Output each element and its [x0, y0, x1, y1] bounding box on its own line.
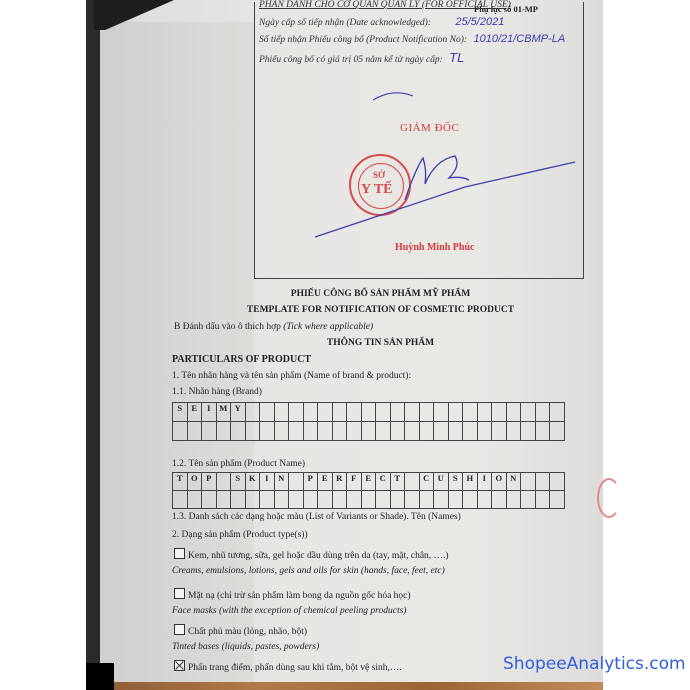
- product-cell: E: [361, 473, 376, 491]
- checkbox[interactable]: [174, 588, 185, 599]
- brand-cell-empty: [231, 422, 246, 441]
- form-title-en: TEMPLATE FOR NOTIFICATION OF COSMETIC PR…: [168, 305, 593, 315]
- tick-note: B Đánh dấu vào ô thích hợp (Tick where a…: [174, 322, 373, 332]
- brand-cell: [332, 403, 347, 422]
- stamp-text-top: SỞ: [373, 170, 385, 180]
- brand-cell: [274, 403, 289, 422]
- brand-cell-empty: [202, 422, 217, 441]
- brand-cell-empty: [245, 422, 260, 441]
- product-cell: O: [492, 473, 507, 491]
- brand-cell: [245, 403, 260, 422]
- brand-cell: [535, 403, 550, 422]
- product-cell: N: [506, 473, 521, 491]
- product-cell: [521, 473, 536, 491]
- product-type-option[interactable]: Chất phủ màu (lỏng, nhão, bột): [174, 624, 307, 637]
- brand-row: SEIMY: [173, 403, 565, 422]
- brand-cell: [376, 403, 391, 422]
- product-cell-empty: [361, 491, 376, 509]
- product-cell-empty: [187, 491, 202, 509]
- brand-cell-empty: [347, 422, 362, 441]
- product-cell-empty: [318, 491, 333, 509]
- brand-cell-empty: [376, 422, 391, 441]
- section-title-en: PARTICULARS OF PRODUCT: [172, 354, 311, 365]
- product-type-label: Mặt nạ (chỉ trừ sản phẩm làm bong da ngu…: [188, 591, 411, 601]
- product-cell-empty: [463, 491, 478, 509]
- brand-grid: SEIMY: [172, 402, 565, 441]
- brand-cell-empty: [216, 422, 231, 441]
- notification-number-row: Số tiếp nhận Phiếu công bố (Product Noti…: [259, 33, 565, 45]
- product-cell: [216, 473, 231, 491]
- brand-cell: E: [187, 403, 202, 422]
- product-cell: [289, 473, 304, 491]
- brand-cell: [347, 403, 362, 422]
- product-cell-empty: [289, 491, 304, 509]
- official-use-box: PHẦN DÀNH CHO CƠ QUAN QUẢN LÝ (FOR OFFIC…: [254, 2, 584, 279]
- brand-cell-empty: [390, 422, 405, 441]
- product-type-label-en: Face masks (with the exception of chemic…: [172, 606, 406, 616]
- product-cell-empty: [332, 491, 347, 509]
- brand-cell: [477, 403, 492, 422]
- brand-cell: [550, 403, 565, 422]
- brand-cell: [289, 403, 304, 422]
- product-cell-empty: [521, 491, 536, 509]
- checkbox[interactable]: [174, 548, 185, 559]
- item-1-3-label: 1.3. Danh sách các dạng hoặc màu (List o…: [172, 512, 461, 522]
- signer-name: Huỳnh Minh Phúc: [395, 242, 474, 253]
- brand-cell-empty: [419, 422, 434, 441]
- product-cell-empty: [419, 491, 434, 509]
- product-cell-empty: [260, 491, 275, 509]
- form-title-vn: PHIẾU CÔNG BỐ SẢN PHẨM MỸ PHẨM: [168, 289, 593, 299]
- brand-cell-empty: [506, 422, 521, 441]
- product-type-option[interactable]: Phấn trang điểm, phấn dùng sau khi tắm, …: [174, 660, 402, 673]
- brand-cell: I: [202, 403, 217, 422]
- brand-cell: [419, 403, 434, 422]
- product-cell: K: [245, 473, 260, 491]
- product-cell-empty: [550, 491, 565, 509]
- product-cell: O: [187, 473, 202, 491]
- brand-cell: [303, 403, 318, 422]
- brand-cell-empty: [550, 422, 565, 441]
- director-title: GIÁM ĐỐC: [400, 122, 459, 134]
- brand-cell-empty: [187, 422, 202, 441]
- date-value: 25/5/2021: [455, 16, 504, 28]
- brand-cell: [506, 403, 521, 422]
- checkbox[interactable]: [174, 624, 185, 635]
- brand-cell-empty: [477, 422, 492, 441]
- brand-cell: [463, 403, 478, 422]
- date-acknowledged-row: Ngày cấp số tiếp nhận (Date acknowledged…: [259, 16, 504, 28]
- product-cell-empty: [202, 491, 217, 509]
- product-type-label: Phấn trang điểm, phấn dùng sau khi tắm, …: [188, 663, 402, 673]
- brand-cell: M: [216, 403, 231, 422]
- official-box-title: PHẦN DÀNH CHO CƠ QUAN QUẢN LÝ (FOR OFFIC…: [259, 0, 511, 10]
- product-cell-empty: [274, 491, 289, 509]
- photo-edge-shadow: [86, 0, 100, 690]
- product-cell: C: [376, 473, 391, 491]
- product-cell: [535, 473, 550, 491]
- product-cell: I: [260, 473, 275, 491]
- section-title-vn: THÔNG TIN SẢN PHẨM: [168, 338, 593, 348]
- brand-cell: [318, 403, 333, 422]
- product-cell-empty: [347, 491, 362, 509]
- product-cell-empty: [405, 491, 420, 509]
- product-row: TOPSKINPERFECTCUSHION: [173, 473, 565, 491]
- brand-cell-empty: [463, 422, 478, 441]
- product-cell: T: [173, 473, 188, 491]
- brand-cell: [492, 403, 507, 422]
- product-type-label: Chất phủ màu (lỏng, nhão, bột): [188, 627, 307, 637]
- item-1-2-label: 1.2. Tên sản phẩm (Product Name): [172, 459, 305, 469]
- item-1-label: 1. Tên nhãn hàng và tên sản phẩm (Name o…: [172, 371, 411, 381]
- photo-corner-shadow: [86, 663, 114, 690]
- stamp-edge-mark: [597, 478, 621, 518]
- table-surface: [86, 682, 603, 690]
- product-cell-empty: [376, 491, 391, 509]
- brand-cell-empty: [303, 422, 318, 441]
- validity-row: Phiếu công bố có giá trị 05 năm kể từ ng…: [259, 50, 464, 65]
- brand-cell-empty: [521, 422, 536, 441]
- brand-cell-empty: [492, 422, 507, 441]
- product-type-label-en: Creams, emulsions, lotions, gels and oil…: [172, 566, 445, 576]
- brand-cell-empty: [260, 422, 275, 441]
- brand-cell-empty: [289, 422, 304, 441]
- product-cell: F: [347, 473, 362, 491]
- product-cell-empty: [506, 491, 521, 509]
- product-name-grid: TOPSKINPERFECTCUSHION: [172, 472, 565, 509]
- brand-cell: [390, 403, 405, 422]
- product-cell: S: [231, 473, 246, 491]
- product-cell: [405, 473, 420, 491]
- product-cell: I: [477, 473, 492, 491]
- brand-cell-empty: [361, 422, 376, 441]
- brand-cell: [521, 403, 536, 422]
- product-cell: E: [318, 473, 333, 491]
- product-cell-empty: [303, 491, 318, 509]
- brand-cell-empty: [318, 422, 333, 441]
- brand-cell-empty: [405, 422, 420, 441]
- item-1-1-label: 1.1. Nhãn hàng (Brand): [172, 387, 262, 397]
- product-cell: C: [419, 473, 434, 491]
- brand-cell-empty: [448, 422, 463, 441]
- brand-cell: [361, 403, 376, 422]
- product-cell: P: [202, 473, 217, 491]
- brand-cell: [434, 403, 449, 422]
- product-cell: S: [448, 473, 463, 491]
- brand-cell-empty: [332, 422, 347, 441]
- official-stamp: SỞ Y TẾ: [349, 154, 411, 216]
- brand-cell: [448, 403, 463, 422]
- product-cell-empty: [492, 491, 507, 509]
- stamp-text-main: Y TẾ: [361, 182, 393, 198]
- product-cell-empty: [535, 491, 550, 509]
- product-cell: P: [303, 473, 318, 491]
- brand-cell: [260, 403, 275, 422]
- product-cell: R: [332, 473, 347, 491]
- number-value: 1010/21/CBMP-LA: [473, 33, 565, 45]
- product-cell-empty: [477, 491, 492, 509]
- validity-initials: TL: [449, 50, 464, 65]
- product-type-label-en: Tinted bases (liquids, pastes, powders): [172, 642, 319, 652]
- product-type-option[interactable]: Mặt nạ (chỉ trừ sản phẩm làm bong da ngu…: [174, 588, 411, 601]
- brand-row-empty: [173, 422, 565, 441]
- product-cell-empty: [216, 491, 231, 509]
- product-type-option[interactable]: Kem, nhũ tương, sữa, gel hoặc dầu dùng t…: [174, 548, 449, 561]
- product-cell: N: [274, 473, 289, 491]
- brand-cell-empty: [434, 422, 449, 441]
- number-label: Số tiếp nhận Phiếu công bố (Product Noti…: [259, 35, 467, 45]
- brand-cell: Y: [231, 403, 246, 422]
- validity-label: Phiếu công bố có giá trị 05 năm kể từ ng…: [259, 55, 443, 65]
- watermark: ShopeeAnalytics.com: [503, 654, 686, 674]
- brand-cell: [405, 403, 420, 422]
- product-cell: U: [434, 473, 449, 491]
- product-cell-empty: [173, 491, 188, 509]
- product-cell-empty: [434, 491, 449, 509]
- product-cell-empty: [231, 491, 246, 509]
- product-cell: [550, 473, 565, 491]
- item-2-label: 2. Dạng sản phẩm (Product type(s)): [172, 530, 308, 540]
- notification-form: Phụ lục số 01-MP PHẦN DÀNH CHO CƠ QUAN Q…: [168, 0, 593, 682]
- product-cell-empty: [390, 491, 405, 509]
- date-label: Ngày cấp số tiếp nhận (Date acknowledged…: [259, 18, 431, 28]
- product-cell: T: [390, 473, 405, 491]
- product-cell: H: [463, 473, 478, 491]
- checked-checkbox[interactable]: [174, 660, 185, 671]
- product-type-label: Kem, nhũ tương, sữa, gel hoặc dầu dùng t…: [188, 551, 449, 561]
- brand-cell-empty: [535, 422, 550, 441]
- product-cell-empty: [448, 491, 463, 509]
- brand-cell: S: [173, 403, 188, 422]
- product-row-empty: [173, 491, 565, 509]
- brand-cell-empty: [173, 422, 188, 441]
- brand-cell-empty: [274, 422, 289, 441]
- product-cell-empty: [245, 491, 260, 509]
